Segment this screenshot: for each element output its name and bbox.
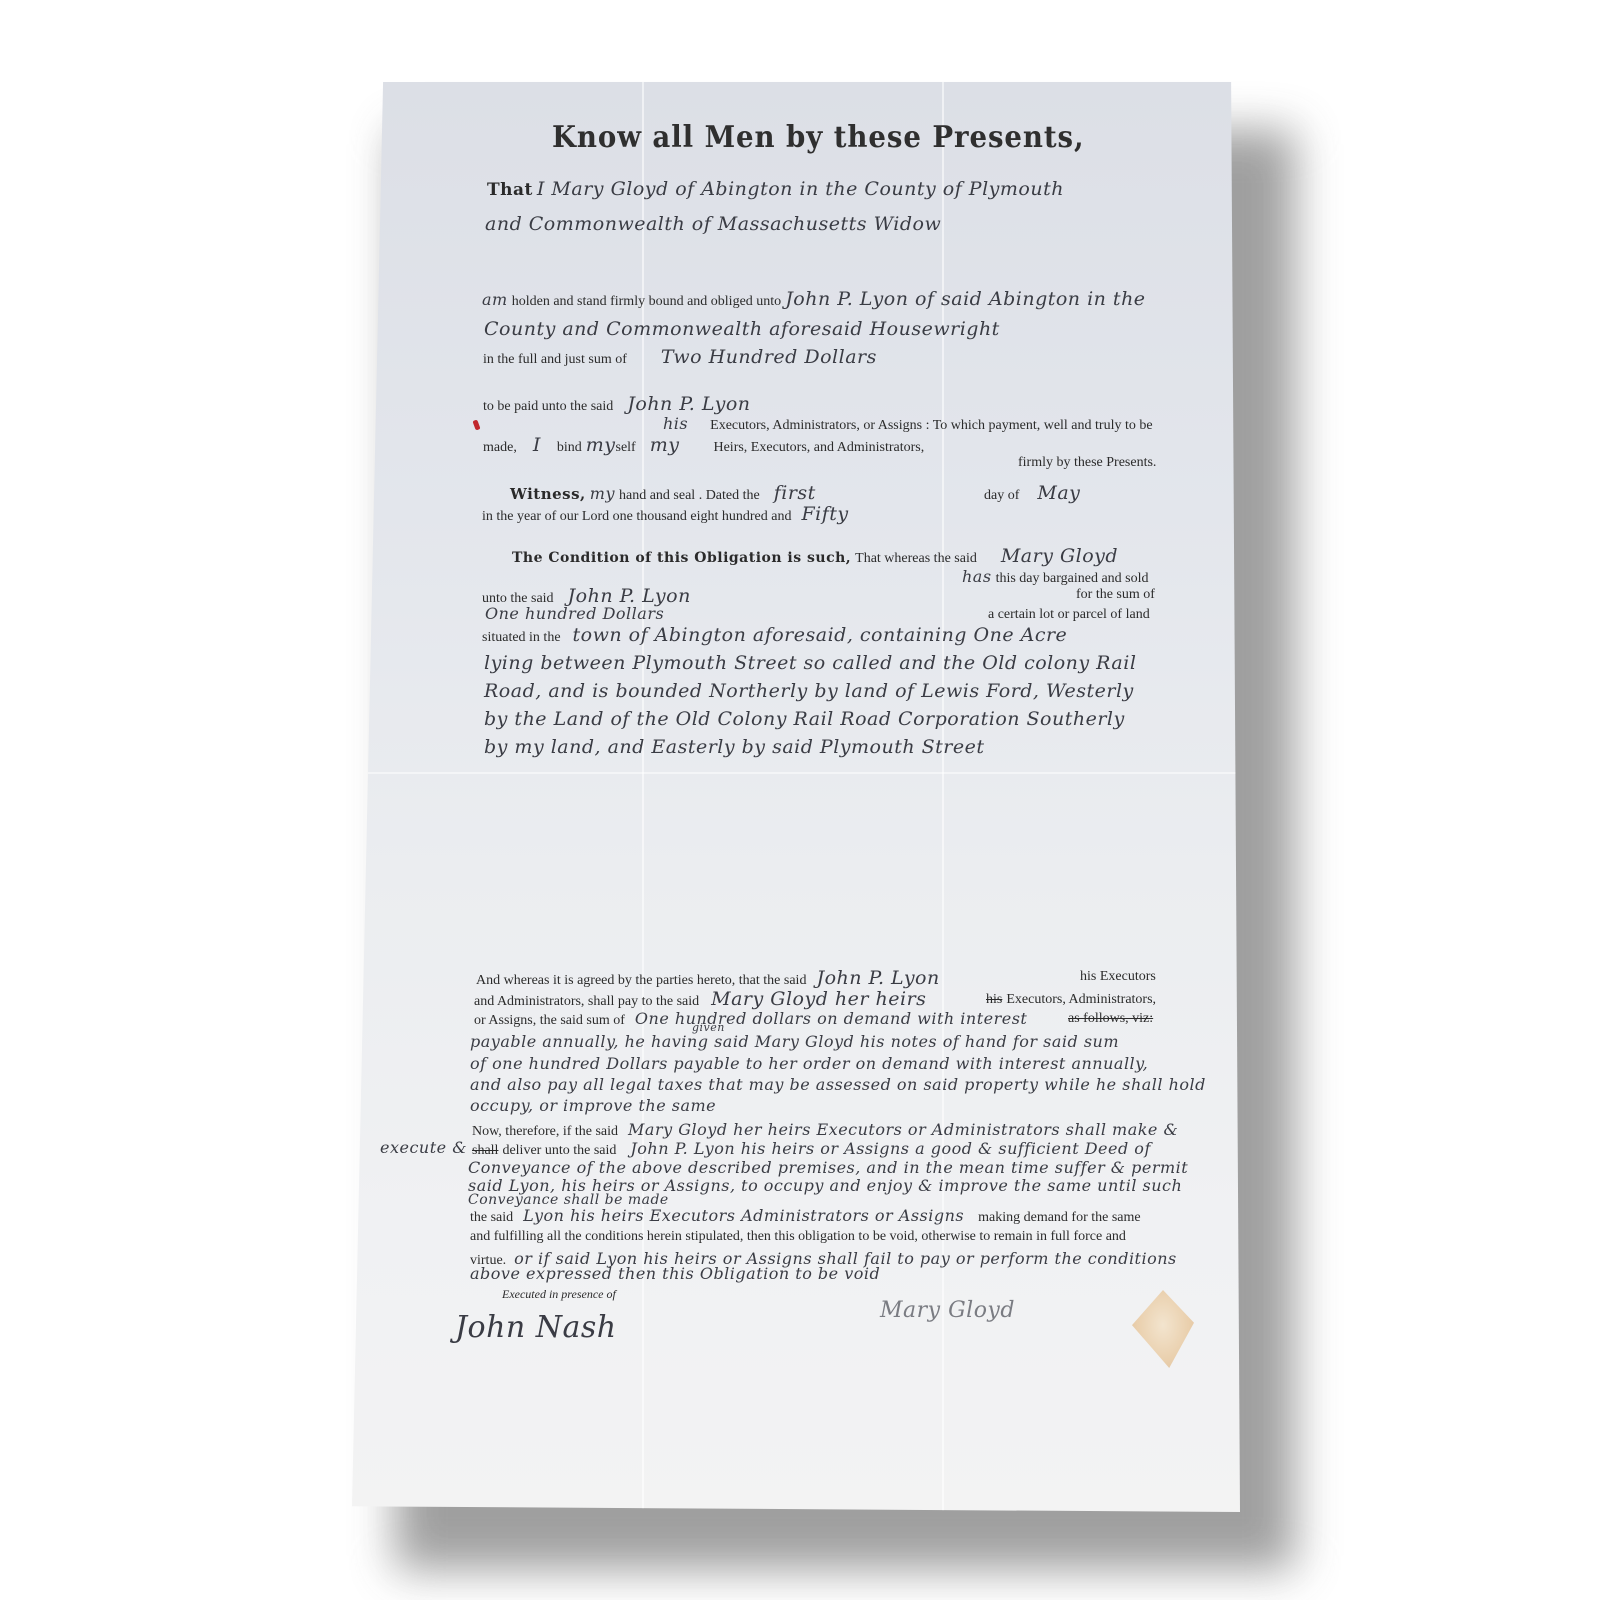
hand-i: I bbox=[533, 434, 541, 456]
print-that: That bbox=[487, 180, 533, 200]
hand-desc-0: town of Abington aforesaid, containing O… bbox=[573, 624, 1068, 646]
the-said-line: the said Lyon his heirs Executors Admini… bbox=[470, 1206, 1141, 1226]
agreement-line-2: and Administrators, shall pay to the sai… bbox=[474, 988, 926, 1010]
print-self: self bbox=[616, 440, 636, 455]
hand-obligee: John P. Lyon of said Abington in the bbox=[785, 288, 1145, 310]
hand-paid-to: John P. Lyon bbox=[627, 393, 750, 415]
hand-his: his bbox=[663, 414, 688, 433]
hand-desc-1: lying between Plymouth Street so called … bbox=[484, 652, 1136, 674]
print-shall-pay: and Administrators, shall pay to the sai… bbox=[474, 994, 699, 1009]
fold-line-horizontal bbox=[352, 772, 1240, 774]
hand-year: Fifty bbox=[801, 503, 848, 525]
witness-signature: John Nash bbox=[455, 1310, 617, 1345]
print-his-executors: his Executors bbox=[1080, 969, 1156, 985]
hand-desc-2: Road, and is bounded Northerly by land o… bbox=[484, 680, 1134, 702]
print-deliver: deliver unto the said bbox=[502, 1143, 616, 1158]
print-fulfilling: and fulfilling all the conditions herein… bbox=[470, 1229, 1126, 1245]
print-executed-in-presence: Executed in presence of bbox=[502, 1287, 616, 1302]
agreement-line-1: And whereas it is agreed by the parties … bbox=[476, 967, 940, 989]
print-now-therefore: Now, therefore, if the said bbox=[472, 1124, 618, 1139]
executors-line: his Executors, Administrators, or Assign… bbox=[663, 414, 1153, 434]
print-his-struck: his bbox=[986, 992, 1002, 1007]
hand-grantor: I Mary Gloyd of Abington in the County o… bbox=[537, 178, 1064, 200]
print-making-demand: making demand for the same bbox=[978, 1210, 1141, 1225]
situated-line: situated in the town of Abington aforesa… bbox=[482, 624, 1067, 646]
print-agreed: And whereas it is agreed by the parties … bbox=[476, 973, 806, 988]
hand-has: has bbox=[962, 567, 992, 586]
month-line: day of May bbox=[984, 482, 1080, 504]
print-hand-seal: hand and seal . Dated the bbox=[619, 488, 760, 503]
hand-conveyance-0: Conveyance of the above described premis… bbox=[468, 1158, 1188, 1177]
print-sum-label: in the full and just sum of bbox=[483, 352, 627, 367]
hand-obligee-line-2: County and Commonwealth aforesaid Housew… bbox=[484, 318, 1000, 340]
hand-my-self: my bbox=[586, 434, 616, 456]
print-executors-admins: Executors, Administrators, bbox=[1006, 992, 1156, 1007]
hand-day: first bbox=[774, 482, 816, 504]
print-firmly: firmly by these Presents. bbox=[1018, 455, 1156, 471]
print-bind: bind bbox=[557, 440, 582, 455]
hand-now-therefore-2: John P. Lyon his heirs or Assigns a good… bbox=[630, 1139, 1150, 1158]
hand-my: my bbox=[650, 434, 680, 456]
print-lot: a certain lot or parcel of land bbox=[988, 607, 1150, 623]
print-heirs: Heirs, Executors, and Administrators, bbox=[713, 440, 924, 455]
hand-agreement-0: payable annually, he having said Mary Gl… bbox=[470, 1032, 1119, 1051]
hand-desc-4: by my land, and Easterly by said Plymout… bbox=[484, 736, 984, 758]
print-for-sum: for the sum of bbox=[1076, 587, 1155, 603]
hand-lyon-heirs: Lyon his heirs Executors Administrators … bbox=[523, 1206, 964, 1225]
obligor-signature: Mary Gloyd bbox=[880, 1298, 1015, 1323]
print-shall-struck: shall bbox=[472, 1143, 498, 1158]
hand-above-expressed: above expressed then this Obligation to … bbox=[470, 1264, 880, 1283]
made-line: made, I bind myself my Heirs, Executors,… bbox=[483, 434, 924, 456]
gothic-witness: Witness, bbox=[510, 485, 586, 503]
print-made: made, bbox=[483, 440, 517, 455]
hand-seller: Mary Gloyd bbox=[1001, 545, 1118, 567]
hand-payee: Mary Gloyd her heirs bbox=[711, 988, 926, 1010]
hand-agreement-3: occupy, or improve the same bbox=[470, 1096, 716, 1115]
bargained-line: has this day bargained and sold bbox=[962, 567, 1149, 587]
hand-month: May bbox=[1037, 482, 1080, 504]
print-holden: holden and stand firmly bound and oblige… bbox=[512, 294, 781, 309]
hand-sum: Two Hundred Dollars bbox=[661, 346, 877, 368]
document-title: Know all Men by these Presents, bbox=[552, 120, 1085, 155]
agreement-line-3: or Assigns, the said sum of One hundred … bbox=[474, 1009, 1027, 1029]
bound-line-1: am holden and stand firmly bound and obl… bbox=[482, 288, 1146, 310]
hand-witness-my: my bbox=[590, 484, 615, 503]
witness-line: Witness, my hand and seal . Dated the fi… bbox=[510, 482, 816, 504]
preamble-line-1: That I Mary Gloyd of Abington in the Cou… bbox=[487, 178, 1064, 200]
print-bargained: this day bargained and sold bbox=[996, 571, 1149, 586]
hand-desc-3: by the Land of the Old Colony Rail Road … bbox=[484, 708, 1125, 730]
agreement-line-2b: his Executors, Administrators, bbox=[986, 990, 1156, 1008]
print-said-sum: or Assigns, the said sum of bbox=[474, 1013, 625, 1028]
hand-grantor-line-2: and Commonwealth of Massachusetts Widow bbox=[485, 213, 941, 235]
year-line: in the year of our Lord one thousand eig… bbox=[482, 503, 849, 525]
hand-am: am bbox=[482, 290, 508, 309]
print-year: in the year of our Lord one thousand eig… bbox=[482, 509, 791, 524]
print-as-follows-struck: as follows, viz: bbox=[1068, 1011, 1153, 1027]
hand-price: One hundred Dollars bbox=[485, 604, 664, 623]
print-day-of: day of bbox=[984, 488, 1019, 503]
condition-line: The Condition of this Obligation is such… bbox=[512, 545, 1118, 567]
gothic-condition: The Condition of this Obligation is such… bbox=[512, 550, 851, 566]
sum-line: in the full and just sum of Two Hundred … bbox=[483, 346, 877, 368]
print-situated: situated in the bbox=[482, 630, 561, 645]
hand-agreement-payer: John P. Lyon bbox=[816, 967, 939, 989]
hand-agreement-2: and also pay all legal taxes that may be… bbox=[470, 1075, 1206, 1094]
hand-now-therefore-1: Mary Gloyd her heirs Executors or Admini… bbox=[628, 1120, 1178, 1139]
now-therefore-line-2: shall deliver unto the said John P. Lyon… bbox=[472, 1139, 1151, 1159]
now-therefore-line-1: Now, therefore, if the said Mary Gloyd h… bbox=[472, 1120, 1178, 1140]
print-whereas: That whereas the said bbox=[855, 551, 977, 566]
print-the-said: the said bbox=[470, 1210, 513, 1225]
paid-line: to be paid unto the said John P. Lyon bbox=[483, 393, 751, 415]
hand-agreement-1: of one hundred Dollars payable to her or… bbox=[470, 1054, 1148, 1073]
print-paid-label: to be paid unto the said bbox=[483, 399, 613, 414]
hand-margin-note: execute & bbox=[380, 1138, 467, 1157]
print-executors: Executors, Administrators, or Assigns : … bbox=[710, 418, 1152, 433]
